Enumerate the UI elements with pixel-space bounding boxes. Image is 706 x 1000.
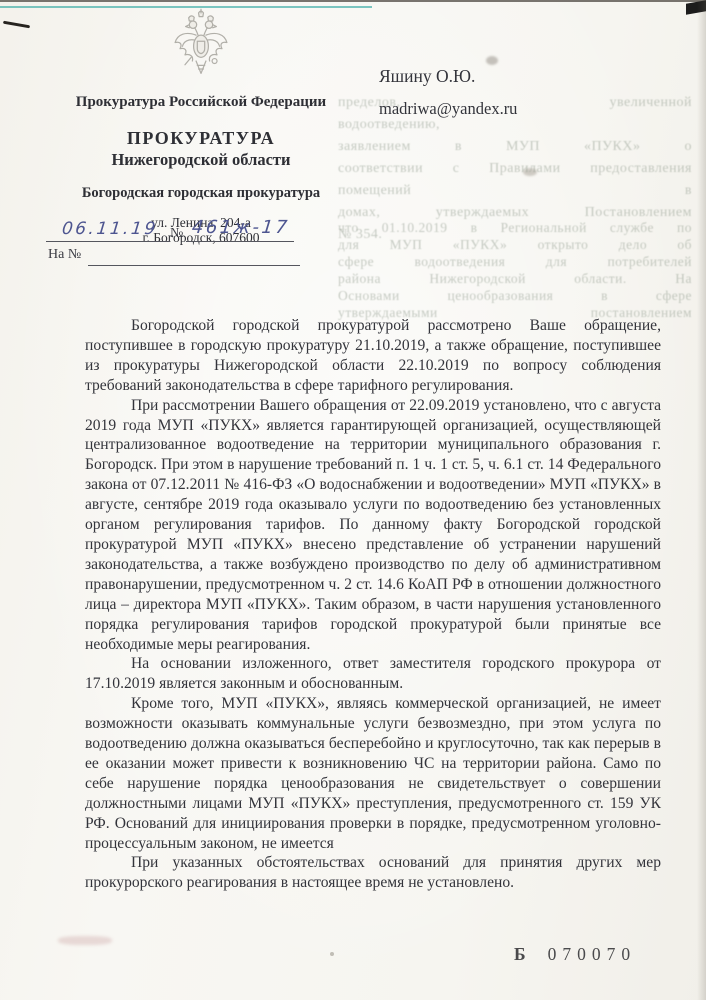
ghost-line: соответствии с Правилами предоставления	[338, 158, 692, 180]
recipient-block: Яшину О.Ю. madriwa@yandex.ru	[379, 66, 517, 119]
form-serial-stamp: Б070070	[514, 944, 636, 965]
date-underline	[46, 241, 170, 242]
number-underline	[186, 241, 294, 242]
letterhead: Прокуратура Российской Федерации ПРОКУРА…	[40, 8, 362, 245]
ghost-line: Основами ценообразования в сфере	[338, 287, 692, 304]
body-paragraph: На основании изложенного, ответ заместит…	[85, 654, 661, 694]
body-paragraph: Богородской городской прокуратурой рассм…	[85, 316, 661, 396]
ghost-line: района Нижегородской области. На	[338, 270, 692, 287]
body-paragraph: Кроме того, МУП «ПУКХ», являясь коммерче…	[85, 694, 661, 853]
ghost-line: заявлением в МУП «ПУКХ» о	[338, 136, 692, 158]
body-paragraph: При указанных обстоятельствах оснований …	[85, 853, 661, 893]
letterhead-office: Богородская городская прокуратура	[40, 185, 362, 202]
ghost-line: помещений в	[338, 180, 692, 202]
scanned-letter-page: пределов, увеличенной водоотведению, зая…	[0, 0, 706, 1000]
number-sign-label: №	[170, 226, 183, 242]
bleed-through-text-lower: что 01.10.2019 в Региональной службе по …	[338, 219, 692, 321]
letter-body: Богородской городской прокуратурой рассм…	[85, 316, 661, 893]
scan-speck	[330, 952, 334, 956]
letterhead-org-caps: ПРОКУРАТУРА	[40, 128, 362, 149]
recipient-email: madriwa@yandex.ru	[379, 99, 517, 119]
stamp-number: 070070	[548, 944, 637, 964]
ghost-line: сфере водоотведения для потребителей	[338, 253, 692, 270]
scan-edge-shadow	[697, 0, 706, 1000]
handwritten-outgoing-number: 461ж-17	[191, 217, 291, 238]
coat-of-arms-eagle-icon	[170, 8, 232, 82]
body-paragraph: При рассмотрении Вашего обращения от 22.…	[85, 396, 661, 655]
letterhead-org-region: Нижегородской области	[40, 150, 362, 170]
scan-top-edge-line	[0, 0, 706, 2]
scan-smudge	[58, 936, 112, 945]
ghost-line: для МУП «ПУКХ» открыто дело об	[338, 236, 692, 253]
reference-underline	[88, 265, 300, 266]
recipient-name: Яшину О.Ю.	[379, 66, 517, 87]
reference-number-label: На №	[48, 247, 81, 263]
handwritten-date: 06.11.19	[61, 219, 159, 239]
scan-left-stroke	[3, 21, 30, 29]
letterhead-federation: Прокуратура Российской Федерации	[40, 94, 362, 111]
ghost-line: что 01.10.2019 в Региональной службе по	[338, 219, 692, 236]
stamp-series: Б	[514, 944, 526, 964]
scan-smudge	[486, 56, 498, 65]
